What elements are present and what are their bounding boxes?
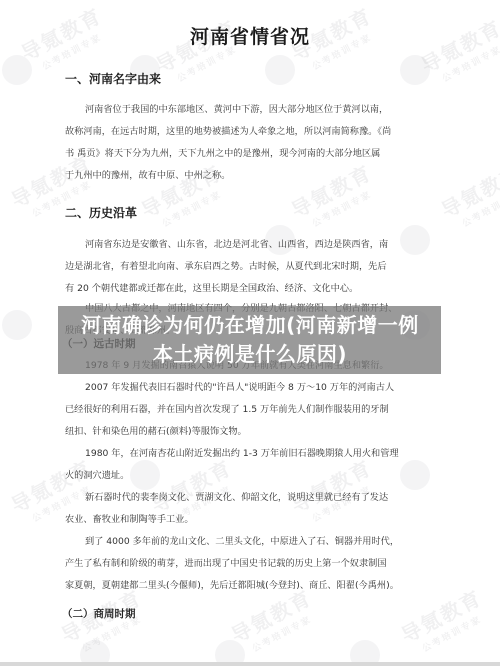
text-line: 有 20 个朝代建都或迁都在此，这里长期是全国政治、经济、文化中心。	[65, 278, 437, 300]
section-heading-name-origin: 一、河南名字由来	[65, 70, 161, 87]
text-line: 农业、畜牧业和制陶等手工业。	[65, 509, 437, 531]
text-line: 河南省东边是安徽省、山东省，北边是河北省、山西省，西边是陕西省，南	[65, 234, 437, 256]
paragraph-prehistoric: 1978 年 9 月发掘的南召猿人说明 50 万年前就有人类在河南生息和繁衍。 …	[65, 355, 437, 597]
text-line: 边是湖北省，有着望北向南、承东启西之势。古时候，从夏代到北宋时期，先后	[65, 256, 437, 278]
page-bottom-edge	[0, 662, 500, 666]
headline-overlay-line2: 本土病例是什么原因)	[0, 338, 500, 367]
section-heading-history: 二、历史沿革	[65, 204, 137, 221]
text-line: 2007 年发掘代表旧石器时代的"许昌人"说明距今 8 万～10 万年的河南古人	[65, 377, 437, 399]
text-line: 书 禹贡》将天下分为九州，天下九州之中的是豫州，现今河南的大部分地区属	[65, 143, 437, 165]
text-line: 火的洞穴遗址。	[65, 465, 437, 487]
text-line: 新石器时代的裴李岗文化、贾湖文化、仰韶文化，说明这里就已经有了发达	[65, 487, 437, 509]
text-line: 1980 年，在河南杏花山附近发掘出约 1-3 万年前旧石器晚期猿人用火和管理	[65, 443, 437, 465]
text-line: 纽扣、针和染色用的赭石(颜料)等服饰文物。	[65, 421, 437, 443]
subsection-heading-shang-zhou: （二）商周时期	[62, 606, 136, 621]
headline-overlay-line1: 河南确诊为何仍在增加(河南新增一例	[0, 309, 500, 338]
document-title: 河南省情省况	[0, 22, 500, 49]
paragraph-borders: 河南省东边是安徽省、山东省，北边是河北省、山西省，西边是陕西省，南 边是湖北省，…	[65, 234, 437, 300]
text-line: 到了 4000 多年前的龙山文化、二里头文化，中原进入了石、铜器并用时代，	[65, 531, 437, 553]
text-line: 已经很好的利用石器，并在国内首次发现了 1.5 万年前先人们制作服装用的牙制	[65, 399, 437, 421]
text-line: 家夏朝，夏朝建都二里头(今偃师)，先后迁都阳城(今登封)、商丘、阳翟(今禹州)。	[65, 575, 437, 597]
paragraph-name-origin: 河南省位于我国的中东部地区、黄河中下游，因大部分地区位于黄河以南， 故称河南，在…	[65, 99, 437, 187]
text-line: 产生了私有制和阶级的萌芽，进而出现了中国史书记载的历史上第一个奴隶制国	[65, 553, 437, 575]
text-line: 于九州中的豫州，故有中原、中州之称。	[65, 165, 437, 187]
text-line: 河南省位于我国的中东部地区、黄河中下游，因大部分地区位于黄河以南，	[65, 99, 437, 121]
text-line: 故称河南，在远古时期，这里的地势被描述为人牵象之地，所以河南简称豫。《尚	[65, 121, 437, 143]
